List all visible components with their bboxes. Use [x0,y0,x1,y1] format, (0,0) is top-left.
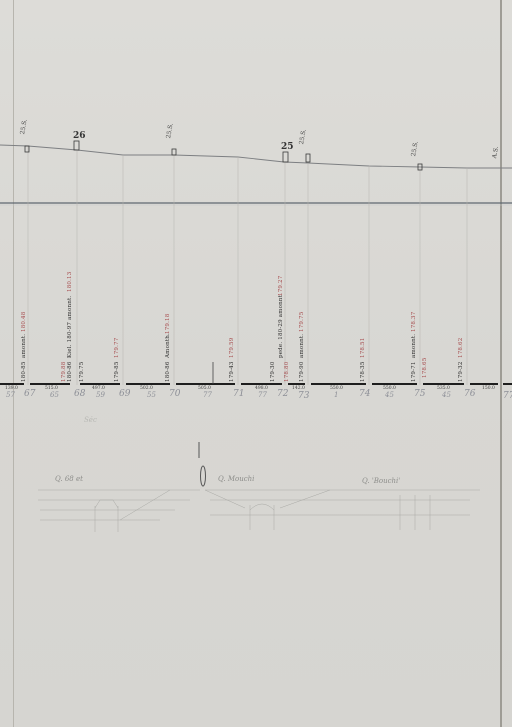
km-mark: 73 [298,391,309,401]
station-68-extra-black: 179.75 [79,362,85,382]
km-mark: 45 [385,391,394,399]
profile-drawing [0,0,512,727]
bridge-caption: Q. Mouchi [218,475,254,483]
marker-label: 26 [73,131,86,141]
km-mark: 69 [119,389,130,399]
km-mark: 1 [334,391,338,399]
station-68-extra-red: 179.88 [61,362,67,382]
station-75-black: 179-71 [411,361,417,382]
station-67-black: 180-85 [21,361,27,382]
station-74-red: 178.51 [360,338,366,358]
station-71-black: 179-43 [229,361,235,382]
km-mark: 77 [503,391,512,401]
km-mark: 57 [6,391,15,399]
station-76-black: 179-32 [458,361,464,382]
km-mark: 67 [24,389,35,399]
bridge-sketches [38,490,480,532]
station-69-black: 179-85 [114,361,120,382]
km-mark: 72 [277,389,288,399]
station-75-extra-red: 178.65 [422,358,428,378]
km-mark: 77 [203,391,212,399]
distance-label: 150.0 [482,386,495,391]
marker-label: 25 [281,142,294,152]
station-68-red: 180.13 [67,272,73,292]
station-73-black: 179-90 [299,361,305,382]
station-74-black: 178-35 [360,361,366,382]
section-symbol-icon [199,442,206,486]
km-mark: 74 [359,389,370,399]
station-71-red: 179.59 [229,338,235,358]
km-mark: 70 [169,389,180,399]
station-68-black: 180-86 [67,361,73,382]
station-67-note: amonnt. [21,334,27,358]
station-72-black: 179-30 [270,361,276,382]
station-70-note: Amonth. [165,333,171,358]
station-68-note: Kiel. 180-97 amonnt. [67,296,73,358]
station-75-note: amonnt. [411,334,417,358]
station-70-black: 180-86 [165,361,171,382]
km-mark: 71 [233,389,244,399]
km-mark: 55 [147,391,156,399]
km-mark: 76 [464,389,475,399]
station-72-red: 179.27 [278,276,284,296]
km-mark: 59 [96,391,105,399]
station-75-red: 178.37 [411,312,417,332]
km-mark: 68 [74,389,85,399]
station-67-red: 180.48 [21,312,27,332]
station-72-extra-red: 178.80 [284,362,290,382]
ordinate-lines [28,146,467,385]
station-72-note: pede. 180-29 amonnt. [278,293,284,358]
station-73-red: 179.75 [299,312,305,332]
pencil-note: Séc [84,416,97,424]
station-73-note: amonnt. [299,334,305,358]
drawing-sheet: 25.S. 26 25.S. 25 25.S. 25.S. A.S. 180-8… [0,0,512,727]
station-69-red: 179.77 [114,338,120,358]
km-mark: 77 [258,391,267,399]
km-mark: 65 [50,391,59,399]
bridge-caption: Q. 'Bouchi' [362,477,400,485]
station-76-red: 178.62 [458,338,464,358]
km-mark: 75 [414,389,425,399]
station-70-red: 179.18 [165,314,171,334]
km-mark: 45 [442,391,451,399]
bridge-caption: Q. 68 et [55,475,83,483]
